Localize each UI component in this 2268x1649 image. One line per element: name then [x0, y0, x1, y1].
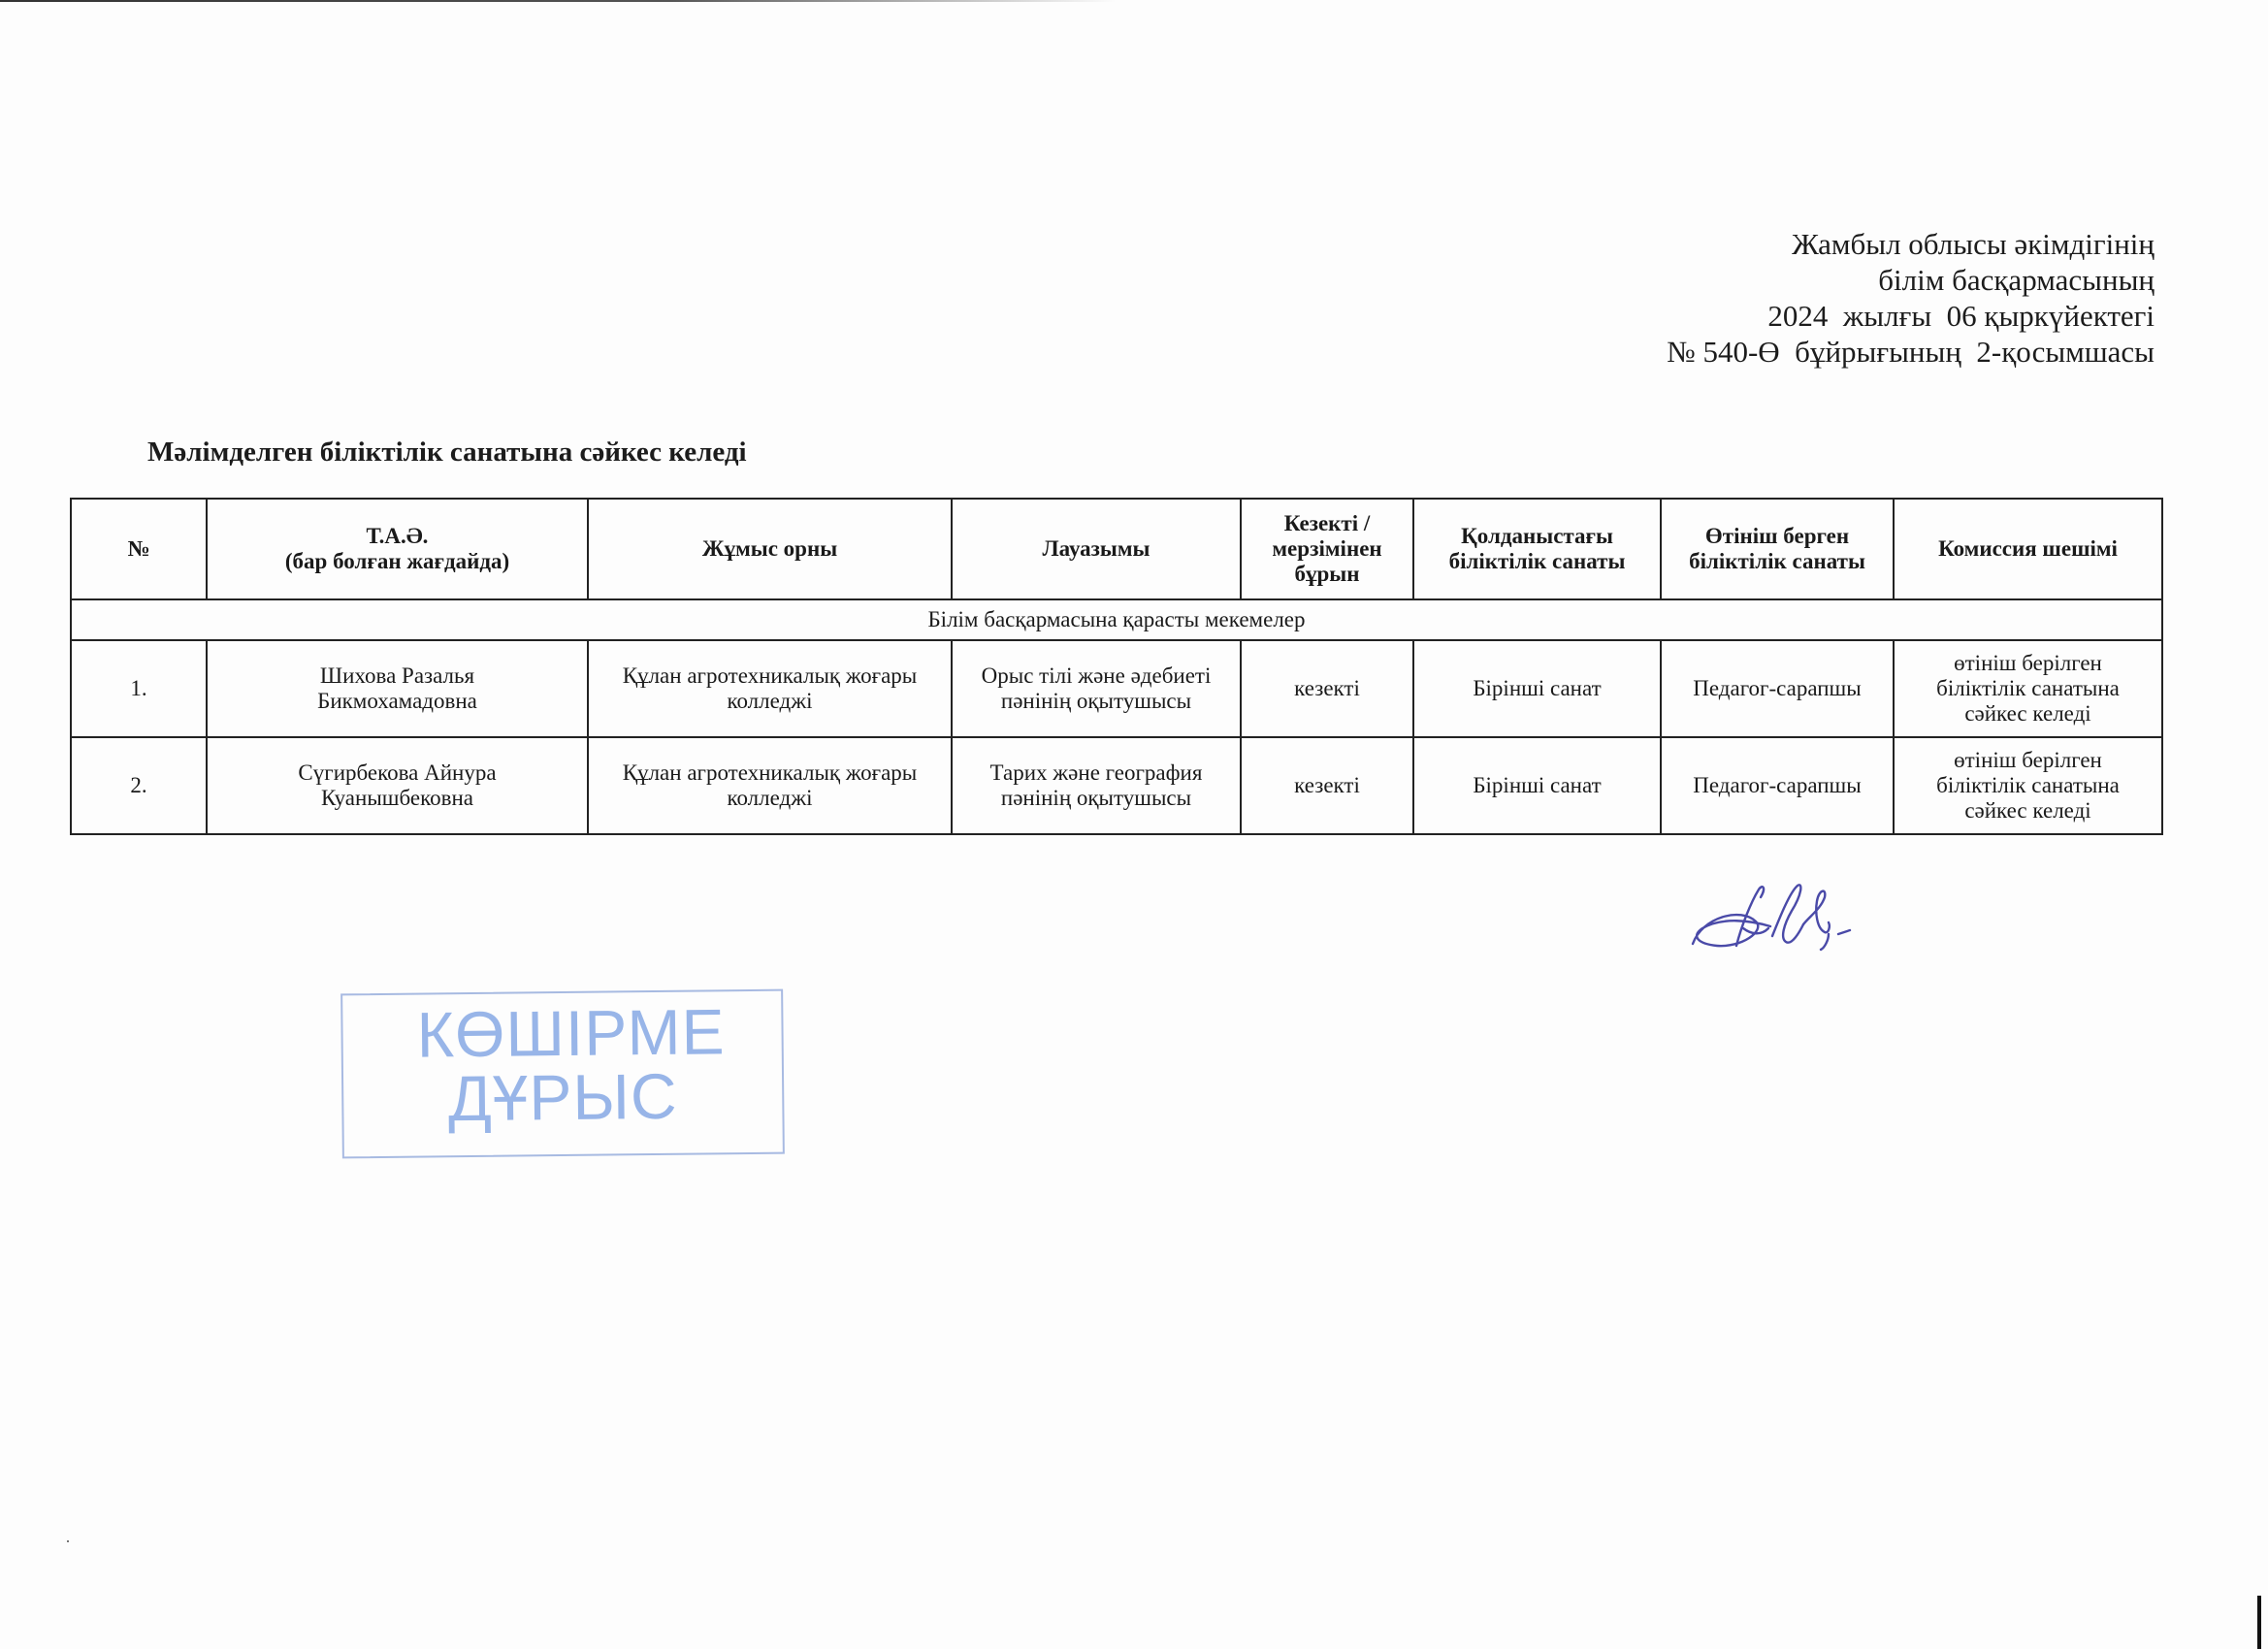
- cell-position: Орыс тілі және әдебиеті пәнінің оқытушыс…: [952, 640, 1241, 737]
- column-header-workplace: Жұмыс орны: [588, 499, 952, 599]
- column-header-full-name: Т.А.Ә. (бар болған жағдайда): [207, 499, 588, 599]
- cell-commission-decision: өтініш берілген біліктілік санатына сәйк…: [1894, 640, 2162, 737]
- cell-requested-category: Педагог-сарапшы: [1661, 737, 1894, 834]
- table-header-row: № Т.А.Ә. (бар болған жағдайда) Жұмыс орн…: [71, 499, 2162, 599]
- cell-requested-category: Педагог-сарапшы: [1661, 640, 1894, 737]
- cell-position: Тарих және география пәнінің оқытушысы: [952, 737, 1241, 834]
- column-header-requested-category: Өтініш берген біліктілік санаты: [1661, 499, 1894, 599]
- column-header-order-type: Кезекті / мерзімінен бұрын: [1241, 499, 1413, 599]
- section-title: Білім басқармасына қарасты мекемелер: [71, 599, 2162, 640]
- signature-icon: [1683, 878, 1858, 955]
- row-number: 1.: [71, 640, 207, 737]
- column-header-position: Лауазымы: [952, 499, 1241, 599]
- qualification-table: № Т.А.Ә. (бар болған жағдайда) Жұмыс орн…: [70, 498, 2163, 835]
- header-line-date: 2024 жылғы 06 қыркүйектегі: [1667, 298, 2155, 334]
- column-header-current-category: Қолданыстағы біліктілік санаты: [1413, 499, 1661, 599]
- cell-full-name: Сүгирбекова Айнура Куанышбековна: [207, 737, 588, 834]
- document-heading: Мәлімделген біліктілік санатына сәйкес к…: [147, 436, 747, 469]
- scan-speck: [67, 1540, 69, 1542]
- stamp-line-2: ДҰРЫС: [343, 1063, 783, 1132]
- section-row: Білім басқармасына қарасты мекемелер: [71, 599, 2162, 640]
- cell-commission-decision: өтініш берілген біліктілік санатына сәйк…: [1894, 737, 2162, 834]
- table-row: 2. Сүгирбекова Айнура Куанышбековна Құла…: [71, 737, 2162, 834]
- column-header-commission-decision: Комиссия шешімі: [1894, 499, 2162, 599]
- cell-full-name: Шихова Разалья Бикмохамадовна: [207, 640, 588, 737]
- stamp-line-1: КӨШІРМЕ: [360, 999, 782, 1068]
- cell-order-type: кезекті: [1241, 737, 1413, 834]
- cell-workplace: Құлан агротехникалық жоғары колледжі: [588, 640, 952, 737]
- header-line-authority: Жамбыл облысы әкімдігінің: [1667, 226, 2155, 262]
- cell-current-category: Бірінші санат: [1413, 640, 1661, 737]
- header-line-department: білім басқармасының: [1667, 262, 2155, 298]
- scan-edge-top: [0, 0, 1116, 2]
- row-number: 2.: [71, 737, 207, 834]
- certified-copy-stamp: КӨШІРМЕ ДҰРЫС: [340, 989, 785, 1159]
- scan-edge-right: [2257, 1596, 2261, 1649]
- table-row: 1. Шихова Разалья Бикмохамадовна Құлан а…: [71, 640, 2162, 737]
- cell-workplace: Құлан агротехникалық жоғары колледжі: [588, 737, 952, 834]
- cell-order-type: кезекті: [1241, 640, 1413, 737]
- appendix-header: Жамбыл облысы әкімдігінің білім басқарма…: [1667, 226, 2155, 370]
- column-header-number: №: [71, 499, 207, 599]
- cell-current-category: Бірінші санат: [1413, 737, 1661, 834]
- header-line-order-number: № 540-Ө бұйрығының 2-қосымшасы: [1667, 334, 2155, 370]
